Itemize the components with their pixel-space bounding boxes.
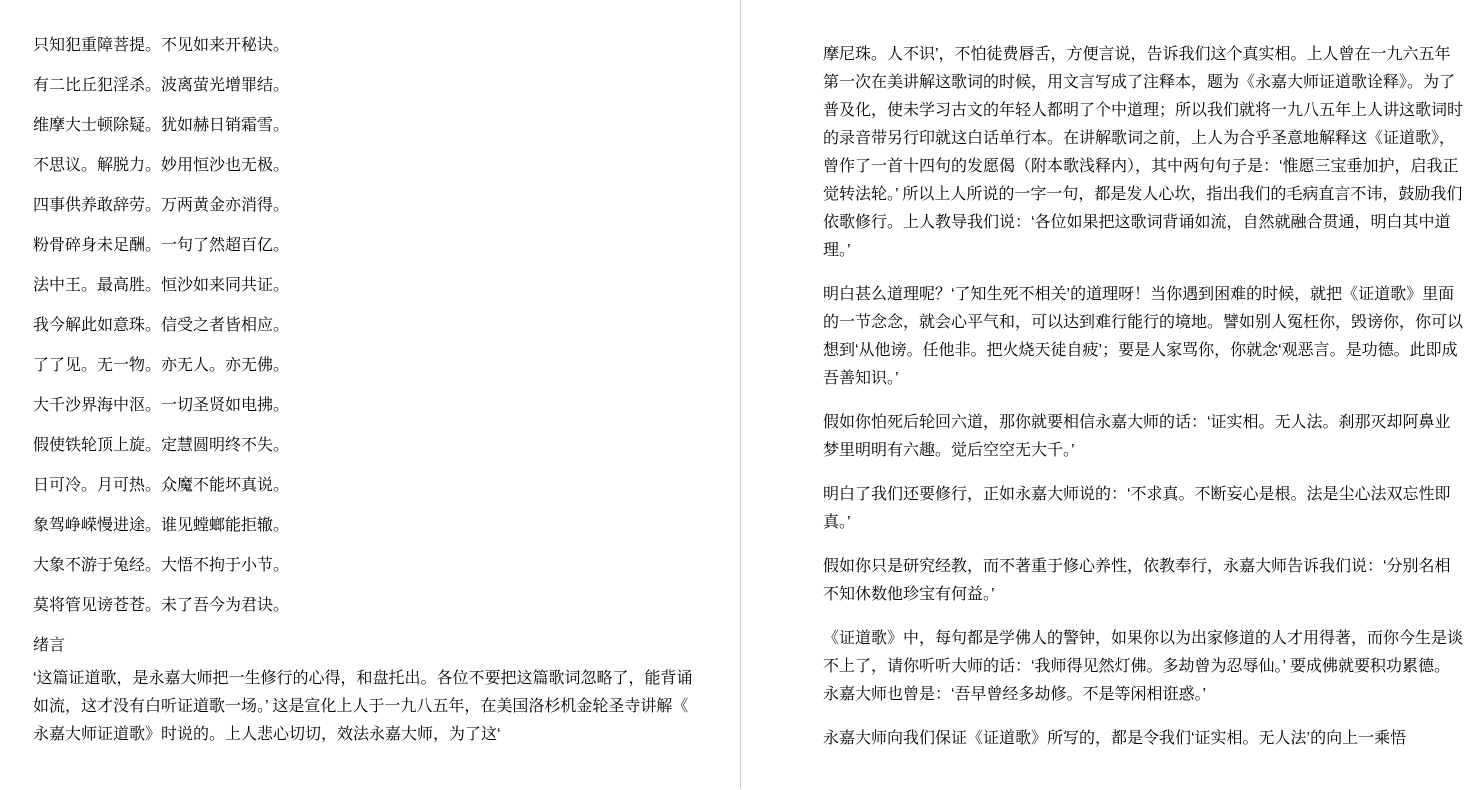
body-paragraph: 明白了我们还要修行，正如永嘉大师说的：‘不求真。不断妄心是根。法是尘心法双忘性即… xyxy=(823,481,1463,537)
left-page: 只知犯重障菩提。不见如来开秘诀。 有二比丘犯淫杀。波离萤光增罪结。 维摩大士顿除… xyxy=(33,32,693,749)
verse-line: 只知犯重障菩提。不见如来开秘诀。 xyxy=(33,32,693,60)
body-paragraph: 假如你只是研究经教，而不著重于修心养性，依教奉行，永嘉大师告诉我们说：‘分别名相… xyxy=(823,553,1463,609)
verse-line: 四事供养敢辞劳。万两黄金亦消得。 xyxy=(33,192,693,220)
body-paragraph: 摩尼珠。人不识’，不怕徒费唇舌，方便言说，告诉我们这个真实相。上人曾在一九六五年… xyxy=(823,41,1463,265)
verse-line: 假使铁轮顶上旋。定慧圆明终不失。 xyxy=(33,432,693,460)
verse-line: 大象不游于兔经。大悟不拘于小节。 xyxy=(33,552,693,580)
right-page: 摩尼珠。人不识’，不怕徒费唇舌，方便言说，告诉我们这个真实相。上人曾在一九六五年… xyxy=(823,41,1463,753)
verse-line: 我今解此如意珠。信受之者皆相应。 xyxy=(33,312,693,340)
verse-line: 不思议。解脱力。妙用恒沙也无极。 xyxy=(33,152,693,180)
body-paragraph: 假如你怕死后轮回六道，那你就要相信永嘉大师的话：‘证实相。无人法。刹那灭却阿鼻业… xyxy=(823,409,1463,465)
verse-line: 有二比丘犯淫杀。波离萤光增罪结。 xyxy=(33,72,693,100)
body-paragraph: 《证道歌》中，每句都是学佛人的警钟，如果你以为出家修道的人才用得著，而你今生是谈… xyxy=(823,625,1463,709)
verse-line: 莫将管见谤苍苍。未了吾今为君诀。 xyxy=(33,592,693,620)
verse-line: 维摩大士顿除疑。犹如赫日销霜雪。 xyxy=(33,112,693,140)
preface-heading: 绪言 xyxy=(33,632,693,660)
body-paragraph: 永嘉大师向我们保证《证道歌》所写的，都是令我们‘证实相。无人法’的向上一乘悟 xyxy=(823,725,1463,753)
verse-line: 粉骨碎身未足酬。一句了然超百亿。 xyxy=(33,232,693,260)
verse-line: 法中王。最高胜。恒沙如来同共证。 xyxy=(33,272,693,300)
verse-line: 象驾峥嵘慢进途。谁见螳螂能拒辙。 xyxy=(33,512,693,540)
verse-line: 大千沙界海中沤。一切圣贤如电拂。 xyxy=(33,392,693,420)
verse-line: 了了见。无一物。亦无人。亦无佛。 xyxy=(33,352,693,380)
body-paragraph: 明白甚么道理呢？‘了知生死不相关’的道理呀！当你遇到困难的时候，就把《证道歌》里… xyxy=(823,281,1463,393)
document-spread: 只知犯重障菩提。不见如来开秘诀。 有二比丘犯淫杀。波离萤光增罪结。 维摩大士顿除… xyxy=(0,0,1483,790)
preface-paragraph: ‘这篇证道歌，是永嘉大师把一生修行的心得，和盘托出。各位不要把这篇歌词忽略了，能… xyxy=(33,665,693,749)
page-divider xyxy=(740,0,741,789)
verse-line: 日可冷。月可热。众魔不能坏真说。 xyxy=(33,472,693,500)
